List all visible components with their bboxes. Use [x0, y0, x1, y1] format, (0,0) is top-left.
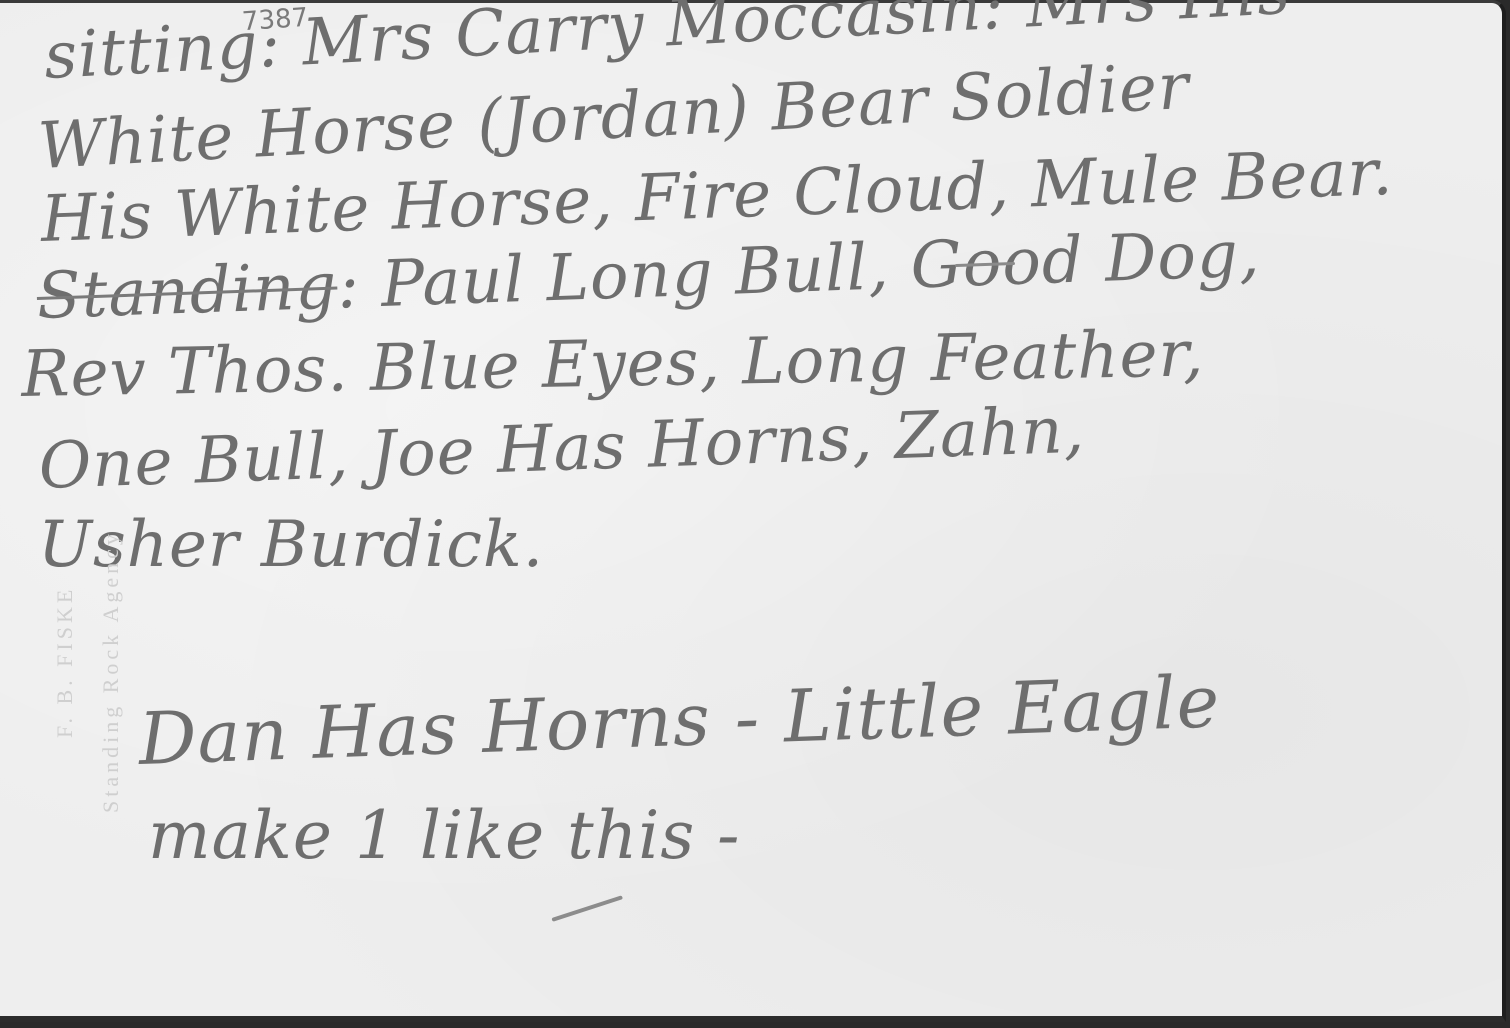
caption-line-8: Dan Has Horns - Little Eagle	[137, 665, 1221, 775]
photographer-stamp-name: F. B. FISKE	[52, 586, 78, 738]
caption-line-6: One Bull, Joe Has Horns, Zahn,	[38, 399, 1086, 499]
photographer-stamp-place: Standing Rock Agency	[98, 530, 124, 813]
postcard-back: 7387 sitting: Mrs Carry Moccasin: Mrs Hi…	[0, 0, 1506, 1022]
stray-pencil-mark	[551, 895, 623, 922]
caption-line-9: make 1 like this -	[148, 803, 740, 869]
standing-label-struck: Standing	[36, 250, 339, 334]
caption-line-5: Rev Thos. Blue Eyes, Long Feather,	[21, 322, 1205, 407]
